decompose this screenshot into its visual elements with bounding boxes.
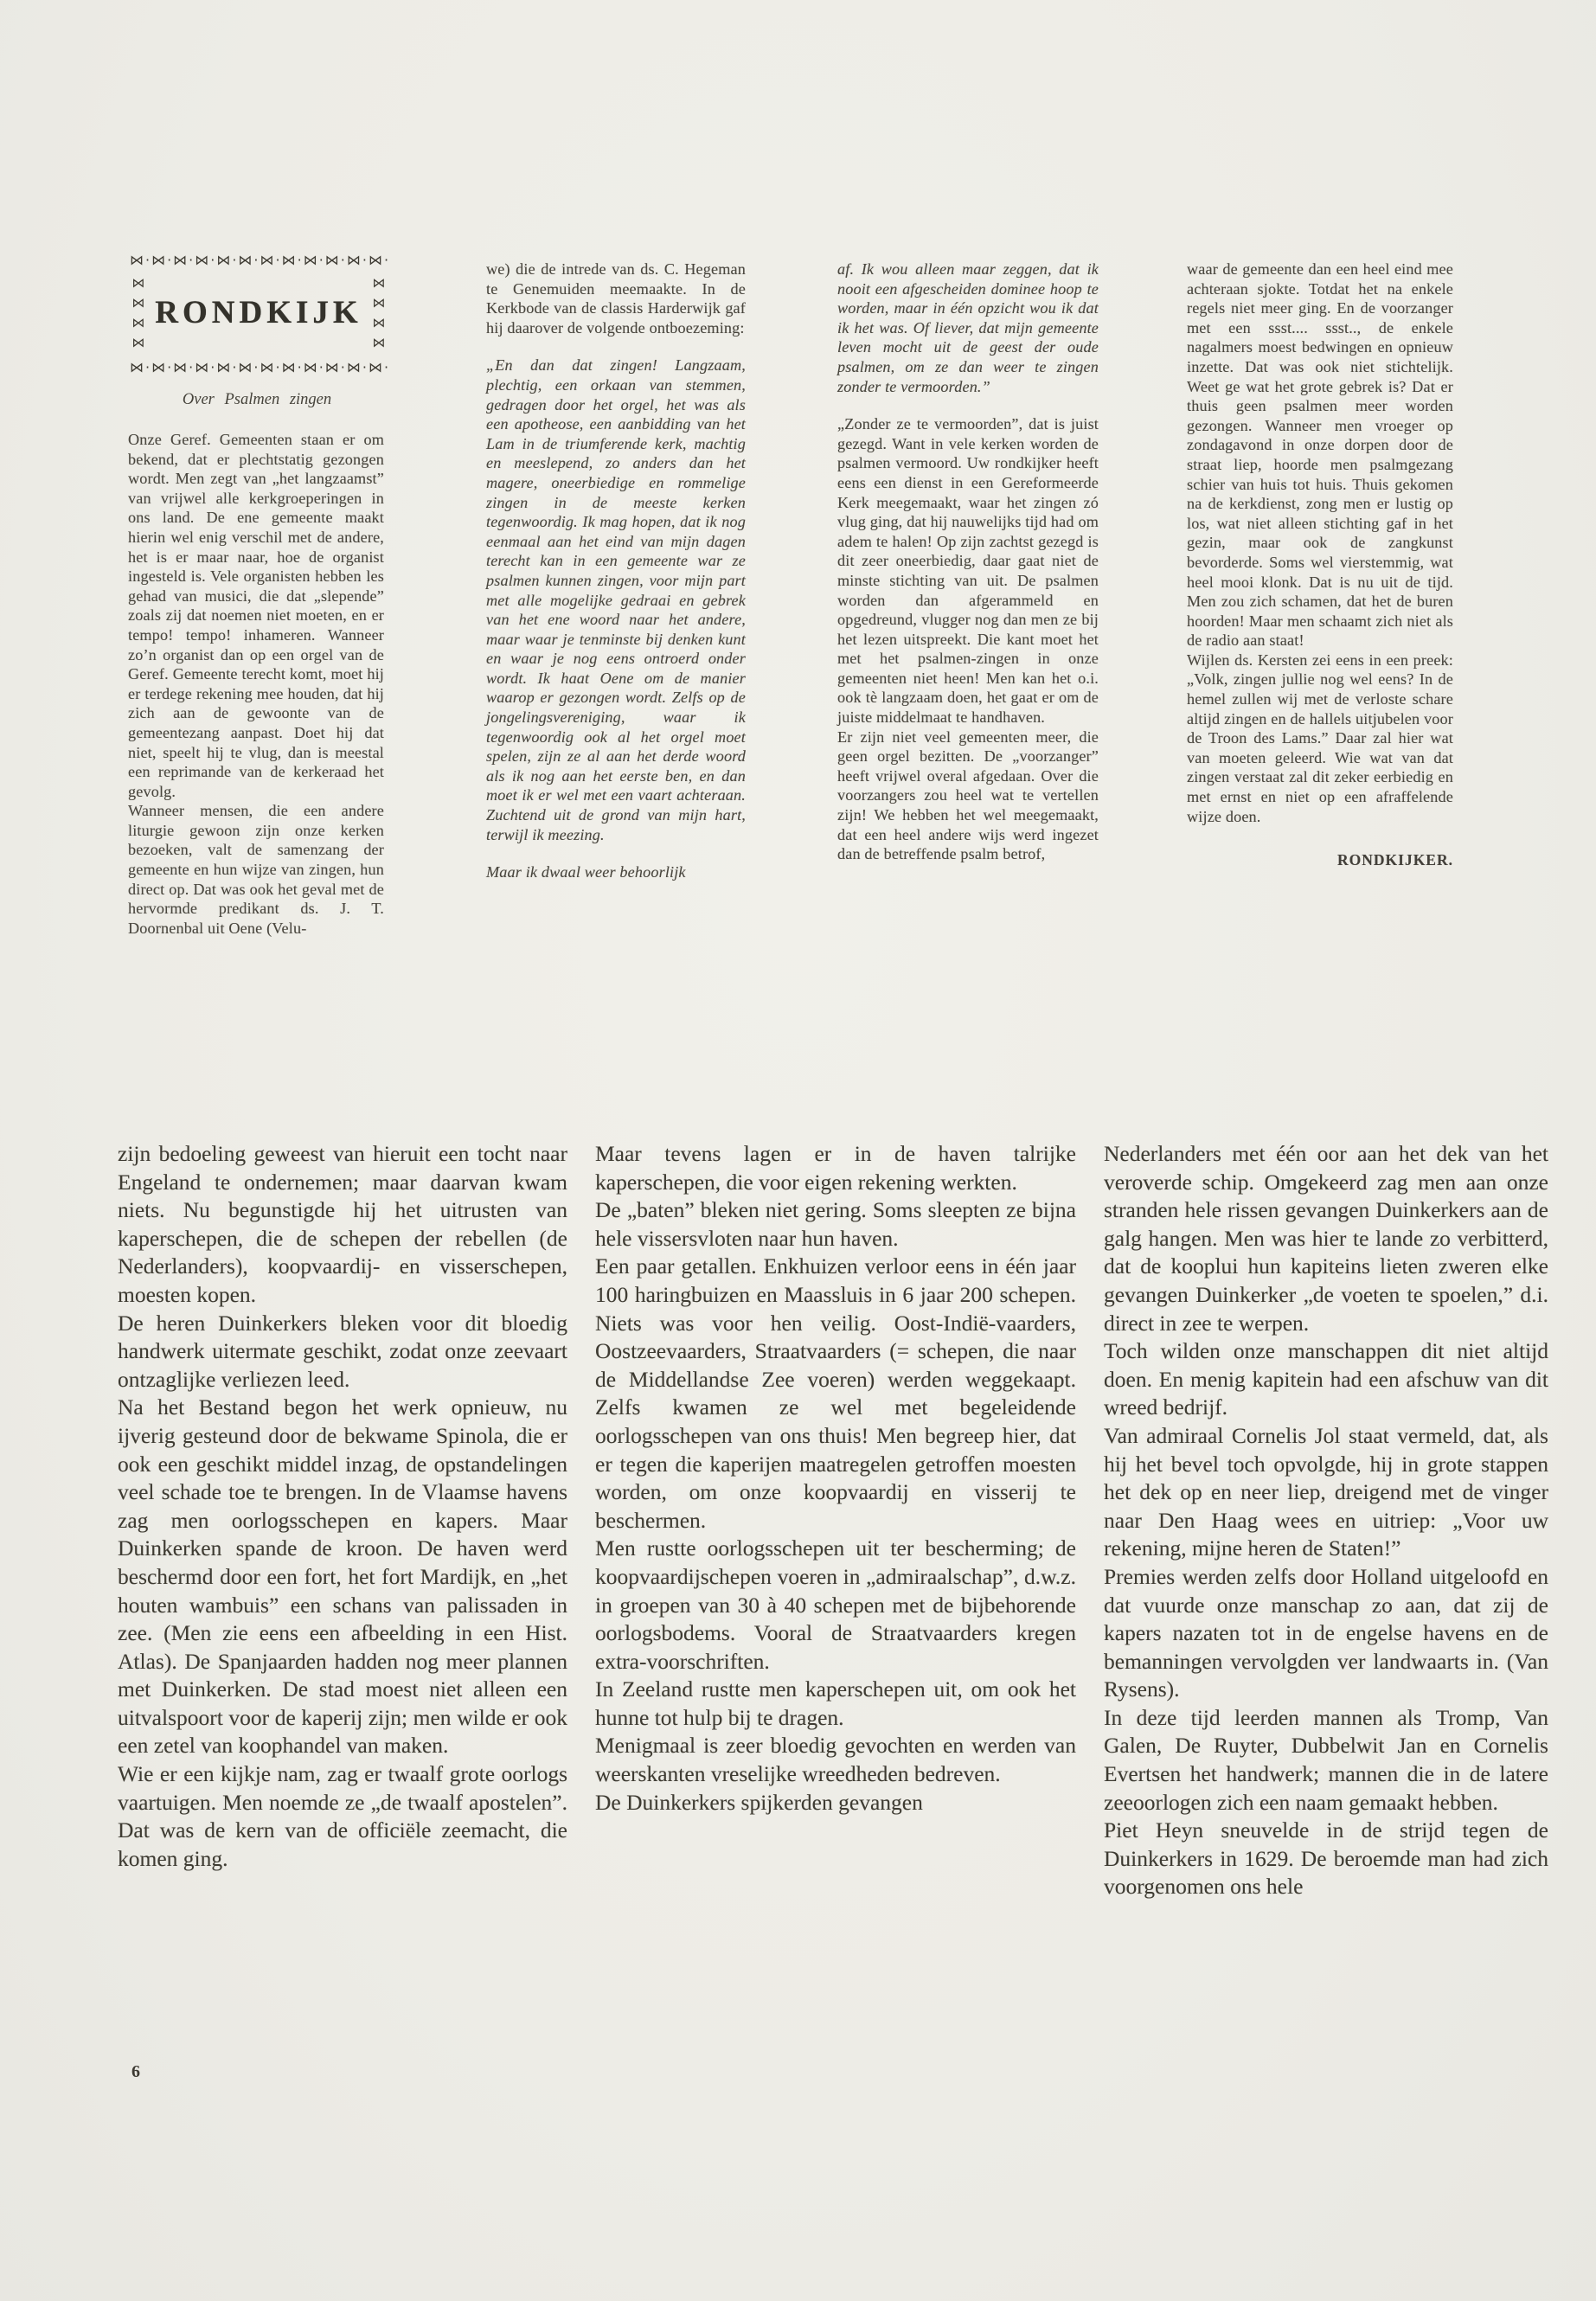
paragraph: Onze Geref. Gemeenten staan er om bekend… — [128, 430, 384, 801]
paragraph: Men rustte oorlogsschepen uit ter besche… — [595, 1535, 1076, 1676]
paragraph: Een paar getallen. Enkhuizen verloor een… — [595, 1253, 1076, 1535]
bottom-column-middle: Maar tevens lagen er in de haven talrijk… — [595, 1140, 1076, 1817]
paragraph: De „baten” bleken niet gering. Soms slee… — [595, 1196, 1076, 1253]
paragraph: Er zijn niet veel gemeenten meer, die ge… — [837, 727, 1099, 864]
paragraph: Wie er een kijkje nam, zag er twaalf gro… — [118, 1760, 567, 1873]
bottom-column-left: zijn bedoeling geweest van hieruit een t… — [118, 1140, 567, 1873]
author-signature: RONDKIJKER. — [1187, 850, 1453, 870]
paragraph: Premies werden zelfs door Holland uitgel… — [1104, 1563, 1548, 1704]
scanned-page: ⋈·⋈·⋈·⋈·⋈·⋈·⋈·⋈·⋈·⋈·⋈·⋈·⋈ ⋈·⋈·⋈·⋈·⋈·⋈·⋈·… — [0, 0, 1596, 2301]
paragraph: we) die de intrede van ds. C. Hegeman te… — [486, 260, 746, 337]
paragraph: Wanneer mensen, die een andere liturgie … — [128, 801, 384, 938]
ornament-border-bottom-icon: ⋈·⋈·⋈·⋈·⋈·⋈·⋈·⋈·⋈·⋈·⋈·⋈·⋈ — [130, 357, 388, 378]
article-subtitle: Over Psalmen zingen — [128, 391, 386, 409]
quote-paragraph: „En dan dat zingen! Langzaam, plechtig, … — [486, 356, 746, 844]
paragraph: In deze tijd leerden mannen als Tromp, V… — [1104, 1704, 1548, 1817]
paragraph: De Duinkerkers spijkerden gevangen — [595, 1789, 1076, 1817]
top-column-2: we) die de intrede van ds. C. Hegeman te… — [486, 260, 746, 882]
paragraph: waar de gemeente dan een heel eind mee a… — [1187, 260, 1453, 651]
ornament-border-top-icon: ⋈·⋈·⋈·⋈·⋈·⋈·⋈·⋈·⋈·⋈·⋈·⋈·⋈ — [130, 250, 388, 271]
quote-paragraph: af. Ik wou alleen maar zeggen, dat ik no… — [837, 260, 1099, 396]
top-column-3: af. Ik wou alleen maar zeggen, dat ik no… — [837, 260, 1099, 864]
paragraph: Na het Bestand begon het werk opnieuw, n… — [118, 1394, 567, 1760]
paragraph: Van admiraal Cornelis Jol staat vermeld,… — [1104, 1422, 1548, 1563]
ornament-border-left-icon: ⋈⋈⋈⋈ — [131, 273, 146, 355]
paragraph: „Zonder ze te vermoorden”, dat is juist … — [837, 414, 1099, 727]
paragraph: Piet Heyn sneuvelde in de strijd tegen d… — [1104, 1817, 1548, 1901]
ornament-border-right-icon: ⋈⋈⋈⋈ — [371, 273, 387, 355]
paragraph: Toch wilden onze manschappen dit niet al… — [1104, 1337, 1548, 1422]
paragraph: Wijlen ds. Kersten zei eens in een preek… — [1187, 651, 1453, 826]
page-number: 6 — [131, 2062, 140, 2082]
page-title: RONDKIJK — [149, 294, 369, 331]
paragraph: zijn bedoeling geweest van hieruit een t… — [118, 1140, 567, 1310]
paragraph: Menigmaal is zeer bloedig gevochten en w… — [595, 1732, 1076, 1788]
masthead-box: ⋈·⋈·⋈·⋈·⋈·⋈·⋈·⋈·⋈·⋈·⋈·⋈·⋈ ⋈·⋈·⋈·⋈·⋈·⋈·⋈·… — [130, 250, 388, 378]
top-column-4: waar de gemeente dan een heel eind mee a… — [1187, 260, 1453, 870]
top-column-1: Onze Geref. Gemeenten staan er om bekend… — [128, 430, 384, 938]
paragraph: Maar tevens lagen er in de haven talrijk… — [595, 1140, 1076, 1196]
paragraph: Nederlanders met één oor aan het dek van… — [1104, 1140, 1548, 1337]
paragraph: In Zeeland rustte men kaperschepen uit, … — [595, 1676, 1076, 1732]
quote-paragraph: Maar ik dwaal weer behoorlijk — [486, 862, 746, 882]
bottom-column-right: Nederlanders met één oor aan het dek van… — [1104, 1140, 1548, 1901]
paragraph: De heren Duinkerkers bleken voor dit blo… — [118, 1310, 567, 1394]
